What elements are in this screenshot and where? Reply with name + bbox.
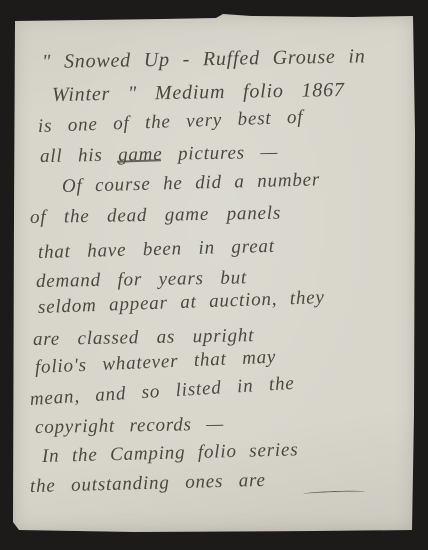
handwritten-line: mean, and so listed in the	[29, 373, 295, 411]
handwritten-line: demand for years but	[36, 267, 247, 293]
handwritten-line: Of course he did a number	[62, 169, 321, 198]
handwritten-line: is one of the very best of	[38, 107, 304, 138]
photo-backdrop: " Snowed Up - Ruffed Grouse in Winter " …	[0, 0, 428, 550]
handwritten-line: that have been in great	[38, 236, 275, 264]
handwritten-line: all his game pictures —	[40, 142, 279, 168]
handwritten-line: Winter " Medium folio 1867	[52, 79, 345, 107]
handwritten-line: folio's whatever that may	[35, 346, 277, 379]
handwritten-line: copyright records —	[35, 414, 224, 439]
handwritten-line: In the Camping folio series	[42, 439, 299, 468]
handwritten-line: the outstanding ones are	[30, 470, 266, 498]
pen-flourish-stroke	[303, 490, 365, 494]
manuscript-page: " Snowed Up - Ruffed Grouse in Winter " …	[13, 14, 415, 532]
handwritten-line: of the dead game panels	[30, 203, 281, 229]
handwritten-line: are classed as upright	[33, 325, 255, 351]
handwritten-line: " Snowed Up - Ruffed Grouse in	[42, 45, 366, 74]
